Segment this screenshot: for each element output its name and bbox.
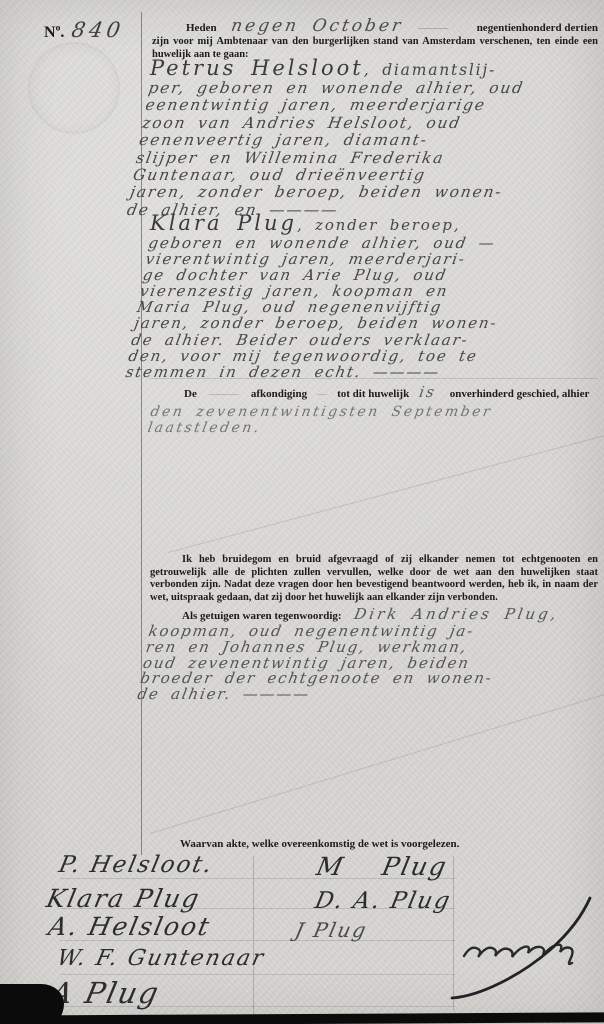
act-number-value: 840 [70, 18, 126, 42]
act-number-label: No. [44, 24, 64, 41]
scan-edge-strip [0, 1012, 604, 1024]
banns-section: De ——— afkondiging — tot dit huwelijk is… [152, 383, 598, 436]
official-signature [450, 858, 602, 1008]
groom-details: per, geboren en wonende alhier, oud eene… [125, 80, 602, 219]
signature-ruled-line [60, 974, 455, 975]
intro-heden: Heden [186, 22, 217, 34]
witness-first-line: Dirk Andries Plug, [352, 605, 559, 623]
bride-name: Klara Plug [150, 211, 297, 235]
banns-afkondiging: afkondiging [251, 388, 307, 400]
closing-line: Waarvan akte, welke overeenkomstig de we… [180, 838, 459, 850]
marriage-certificate-page: No. 840 Heden negen October ——— negentie… [0, 0, 604, 1024]
bride-after-name: , zonder beroep, [297, 216, 460, 234]
vows-section: Ik heb bruidegom en bruid afgevraagd of … [150, 554, 598, 703]
signature: J Plug [293, 918, 370, 942]
signature: P. Helsloot. [56, 852, 215, 878]
intro-filler-dash: ——— [418, 23, 448, 34]
intro-year: negentienhonderd dertien [477, 22, 598, 34]
groom-name: Petrus Helsloot [150, 56, 364, 80]
banns-rest: onverhinderd geschied, alhier [450, 388, 590, 400]
bride-details: geboren en wonende alhier, oud — vierent… [124, 235, 602, 380]
banns-tot: tot dit huwelijk [337, 388, 409, 400]
signature: W. F. Guntenaar [55, 946, 268, 971]
witness-details: koopman, oud negenentwintig ja- ren en J… [136, 624, 598, 703]
banns-dash2: — [317, 389, 327, 400]
strike-line [168, 435, 604, 553]
signature: Klara Plug [44, 884, 203, 913]
intro-date-handwritten: negen October [229, 16, 404, 36]
banns-separator [150, 378, 598, 379]
banns-de: De [184, 388, 197, 400]
groom-after-name: , diamantslij- [364, 61, 496, 79]
groom-section: Petrus Helsloot, diamantslij- per, gebor… [150, 56, 602, 219]
signature-divider-left [253, 856, 254, 1014]
signature: A. Helsloot [46, 912, 214, 941]
act-number-block: No. 840 [44, 18, 126, 42]
intro-section: Heden negen October ——— negentienhonderd… [152, 16, 598, 61]
signature: M Plug [314, 852, 451, 881]
faded-stamp [28, 42, 120, 134]
bride-section: Klara Plug, zonder beroep, geboren en wo… [150, 211, 602, 380]
signature: D. A. Plug [312, 888, 453, 914]
banns-date-handwritten: den zevenentwintigsten September laatstl… [146, 404, 598, 436]
banns-dash1: ——— [209, 389, 239, 400]
signature: A Plug [48, 976, 163, 1010]
strike-line [150, 693, 604, 834]
banns-is-handwritten: is [418, 383, 438, 401]
vows-body: Ik heb bruidegom en bruid afgevraagd of … [150, 554, 598, 604]
witnesses-label: Als getuigen waren tegenwoordig: [182, 610, 342, 622]
